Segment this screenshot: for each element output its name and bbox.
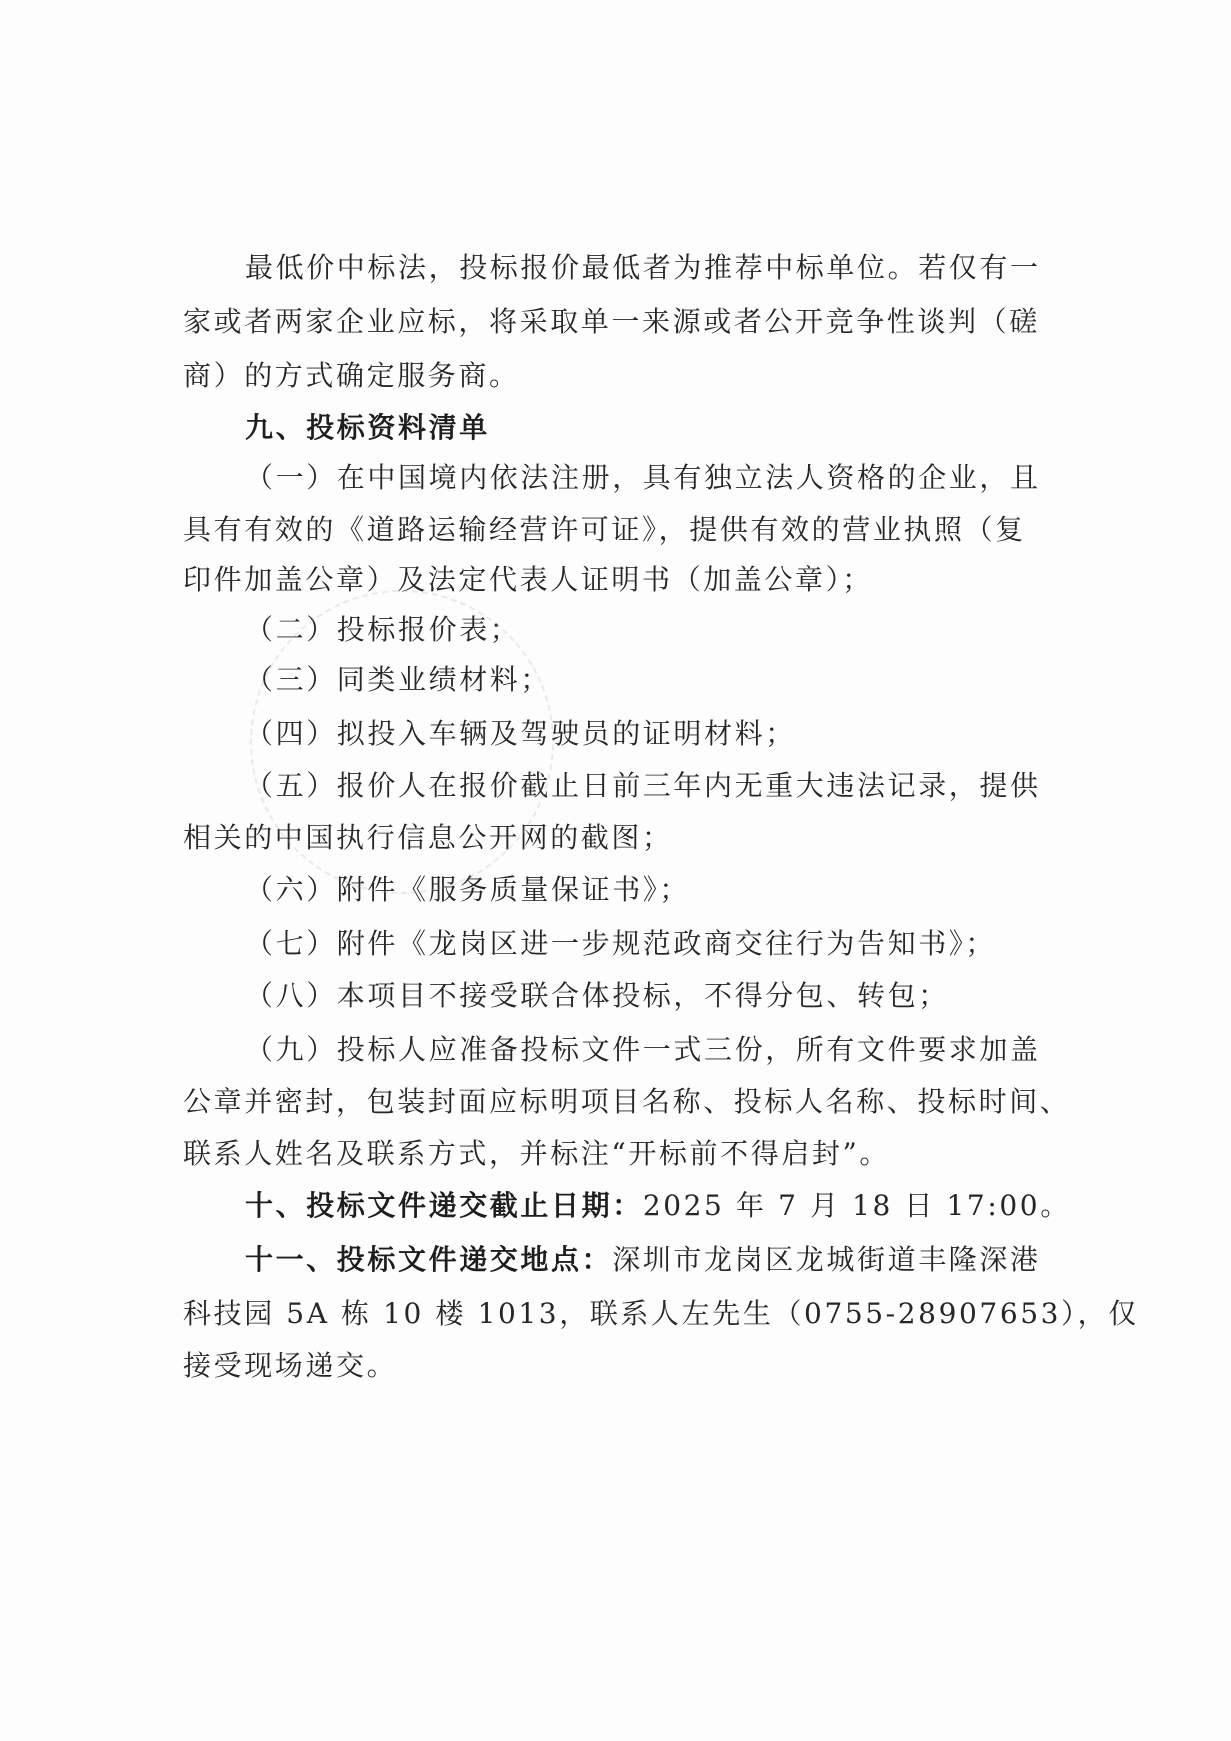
- address-line-3: 接受现场递交。: [183, 1346, 397, 1386]
- paragraph-line: 公章并密封，包装封面应标明项目名称、投标人名称、投标时间、: [183, 1082, 1070, 1122]
- section-10: 十、投标文件递交截止日期：2025 年 7 月 18 日 17:00。: [245, 1186, 1071, 1226]
- list-item-6: （六）附件《服务质量保证书》；: [245, 870, 690, 910]
- paragraph-line: 商）的方式确定服务商。: [183, 356, 520, 396]
- list-item-3: （三）同类业绩材料；: [245, 660, 551, 700]
- section-11: 十一、投标文件递交地点：深圳市龙岗区龙城街道丰隆深港: [245, 1240, 1041, 1280]
- list-item-4: （四）拟投入车辆及驾驶员的证明材料；: [245, 714, 796, 754]
- paragraph-line: 相关的中国执行信息公开网的截图；: [183, 818, 673, 858]
- list-item-7: （七）附件《龙岗区进一步规范政商交往行为告知书》；: [245, 924, 996, 964]
- paragraph-line: 具有有效的《道路运输经营许可证》，提供有效的营业执照（复: [183, 510, 1026, 550]
- address-line-2: 科技园 5A 栋 10 楼 1013，联系人左先生（0755-28907653）…: [183, 1294, 1139, 1334]
- address-value: 深圳市龙岗区龙城街道丰隆深港: [612, 1243, 1040, 1276]
- list-item-5: （五）报价人在报价截止日前三年内无重大违法记录，提供: [245, 766, 1041, 806]
- paragraph-line: 印件加盖公章）及法定代表人证明书（加盖公章）；: [183, 560, 873, 600]
- paragraph-line: 最低价中标法，投标报价最低者为推荐中标单位。若仅有一: [245, 248, 1041, 288]
- paragraph-line: 联系人姓名及联系方式，并标注“开标前不得启封”。: [183, 1134, 890, 1174]
- list-item-2: （二）投标报价表；: [245, 610, 520, 650]
- paragraph-line: 家或者两家企业应标，将采取单一来源或者公开竞争性谈判（磋: [183, 302, 1040, 342]
- section-heading-10: 十、投标文件递交截止日期：: [245, 1189, 643, 1222]
- list-item-1: （一）在中国境内依法注册，具有独立法人资格的企业，且: [245, 458, 1041, 498]
- section-heading-11: 十一、投标文件递交地点：: [245, 1243, 612, 1276]
- deadline-value: 2025 年 7 月 18 日 17:00。: [643, 1189, 1071, 1222]
- list-item-8: （八）本项目不接受联合体投标，不得分包、转包；: [245, 976, 949, 1016]
- list-item-9: （九）投标人应准备投标文件一式三份，所有文件要求加盖: [245, 1030, 1041, 1070]
- section-heading-9: 九、投标资料清单: [245, 408, 490, 448]
